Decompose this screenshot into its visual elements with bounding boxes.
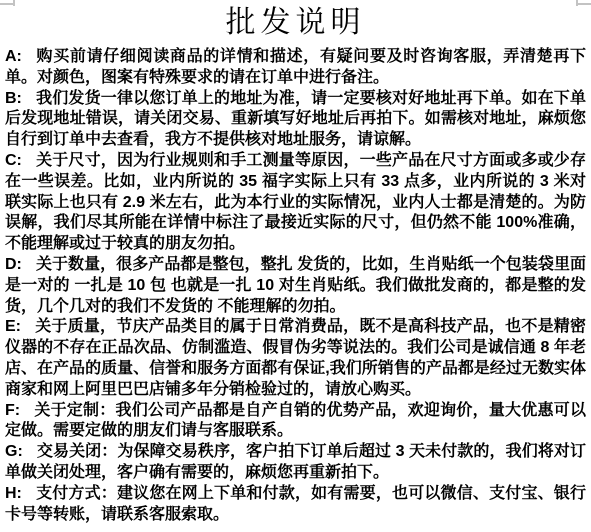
paragraph-e-text: 关于质量，节庆产品类目的属于日常消费品，既不是高科技产品，也不是精密仪器的不存在… xyxy=(5,318,586,397)
paragraph-g-text: 交易关闭：为保障交易秩序，客户拍下订单后超过 3 天未付款的，我们将对订单做关闭… xyxy=(5,443,586,481)
document-page: 批发说明 A:购买前请仔细阅读商品的详情和描述，有疑问要及时咨询客服，弄清楚再下… xyxy=(0,0,591,525)
paragraph-d: D:关于数量，很多产品都是整包，整扎 发货的，比如，生肖贴纸一个包装袋里面是一对… xyxy=(5,255,586,317)
paragraph-g: G:交易关闭：为保障交易秩序，客户拍下订单后超过 3 天未付款的，我们将对订单做… xyxy=(5,442,586,484)
paragraph-d-text: 关于数量，很多产品都是整包，整扎 发货的，比如，生肖贴纸一个包装袋里面是一对的 … xyxy=(5,256,586,315)
paragraph-e: E:关于质量，节庆产品类目的属于日常消费品，既不是高科技产品，也不是精密仪器的不… xyxy=(5,317,586,400)
corner-mark-vertical-line xyxy=(13,0,15,6)
paragraph-b: B:我们发货一律以您订单上的地址为准，请一定要核对好地址再下单。如在下单后发现地… xyxy=(5,89,586,151)
paragraph-c: C:关于尺寸，因为行业规则和手工测量等原因，一些产品在尺寸方面或多或少存在一些误… xyxy=(5,151,586,255)
paragraph-f: F:关于定制：我们公司产品都是自产自销的优势产品，欢迎询价，量大优惠可以定做。需… xyxy=(5,401,586,443)
corner-mark-vertical-line xyxy=(576,0,578,6)
corner-mark-horizontal-line xyxy=(0,3,14,5)
paragraph-c-text: 关于尺寸，因为行业规则和手工测量等原因，一些产品在尺寸方面或多或少存在一些误差。… xyxy=(5,152,586,252)
paragraph-e-label: E: xyxy=(5,317,21,338)
paragraph-g-label: G: xyxy=(5,442,23,463)
paragraph-c-label: C: xyxy=(5,151,22,172)
paragraph-h-label: H: xyxy=(5,484,22,505)
paragraph-a: A:购买前请仔细阅读商品的详情和描述，有疑问要及时咨询客服，弄清楚再下单。对颜色… xyxy=(5,47,586,89)
paragraph-f-text: 关于定制：我们公司产品都是自产自销的优势产品，欢迎询价，量大优惠可以定做。需要定… xyxy=(5,402,586,440)
paragraph-b-text: 我们发货一律以您订单上的地址为准，请一定要核对好地址再下单。如在下单后发现地址错… xyxy=(5,90,586,149)
paragraph-h: H:支付方式：建议您在网上下单和付款，如有需要，也可以微信、支付宝、银行卡号等转… xyxy=(5,484,586,526)
paragraph-d-label: D: xyxy=(5,255,22,276)
paragraph-h-text: 支付方式：建议您在网上下单和付款，如有需要，也可以微信、支付宝、银行卡号等转账，… xyxy=(5,485,586,523)
paragraph-b-label: B: xyxy=(5,89,22,110)
paragraph-a-label: A: xyxy=(5,47,22,68)
paragraph-a-text: 购买前请仔细阅读商品的详情和描述，有疑问要及时咨询客服，弄清楚再下单。对颜色，图… xyxy=(5,48,586,86)
corner-mark-horizontal-line xyxy=(577,3,591,5)
page-title: 批发说明 xyxy=(5,5,586,41)
paragraph-f-label: F: xyxy=(5,401,20,422)
